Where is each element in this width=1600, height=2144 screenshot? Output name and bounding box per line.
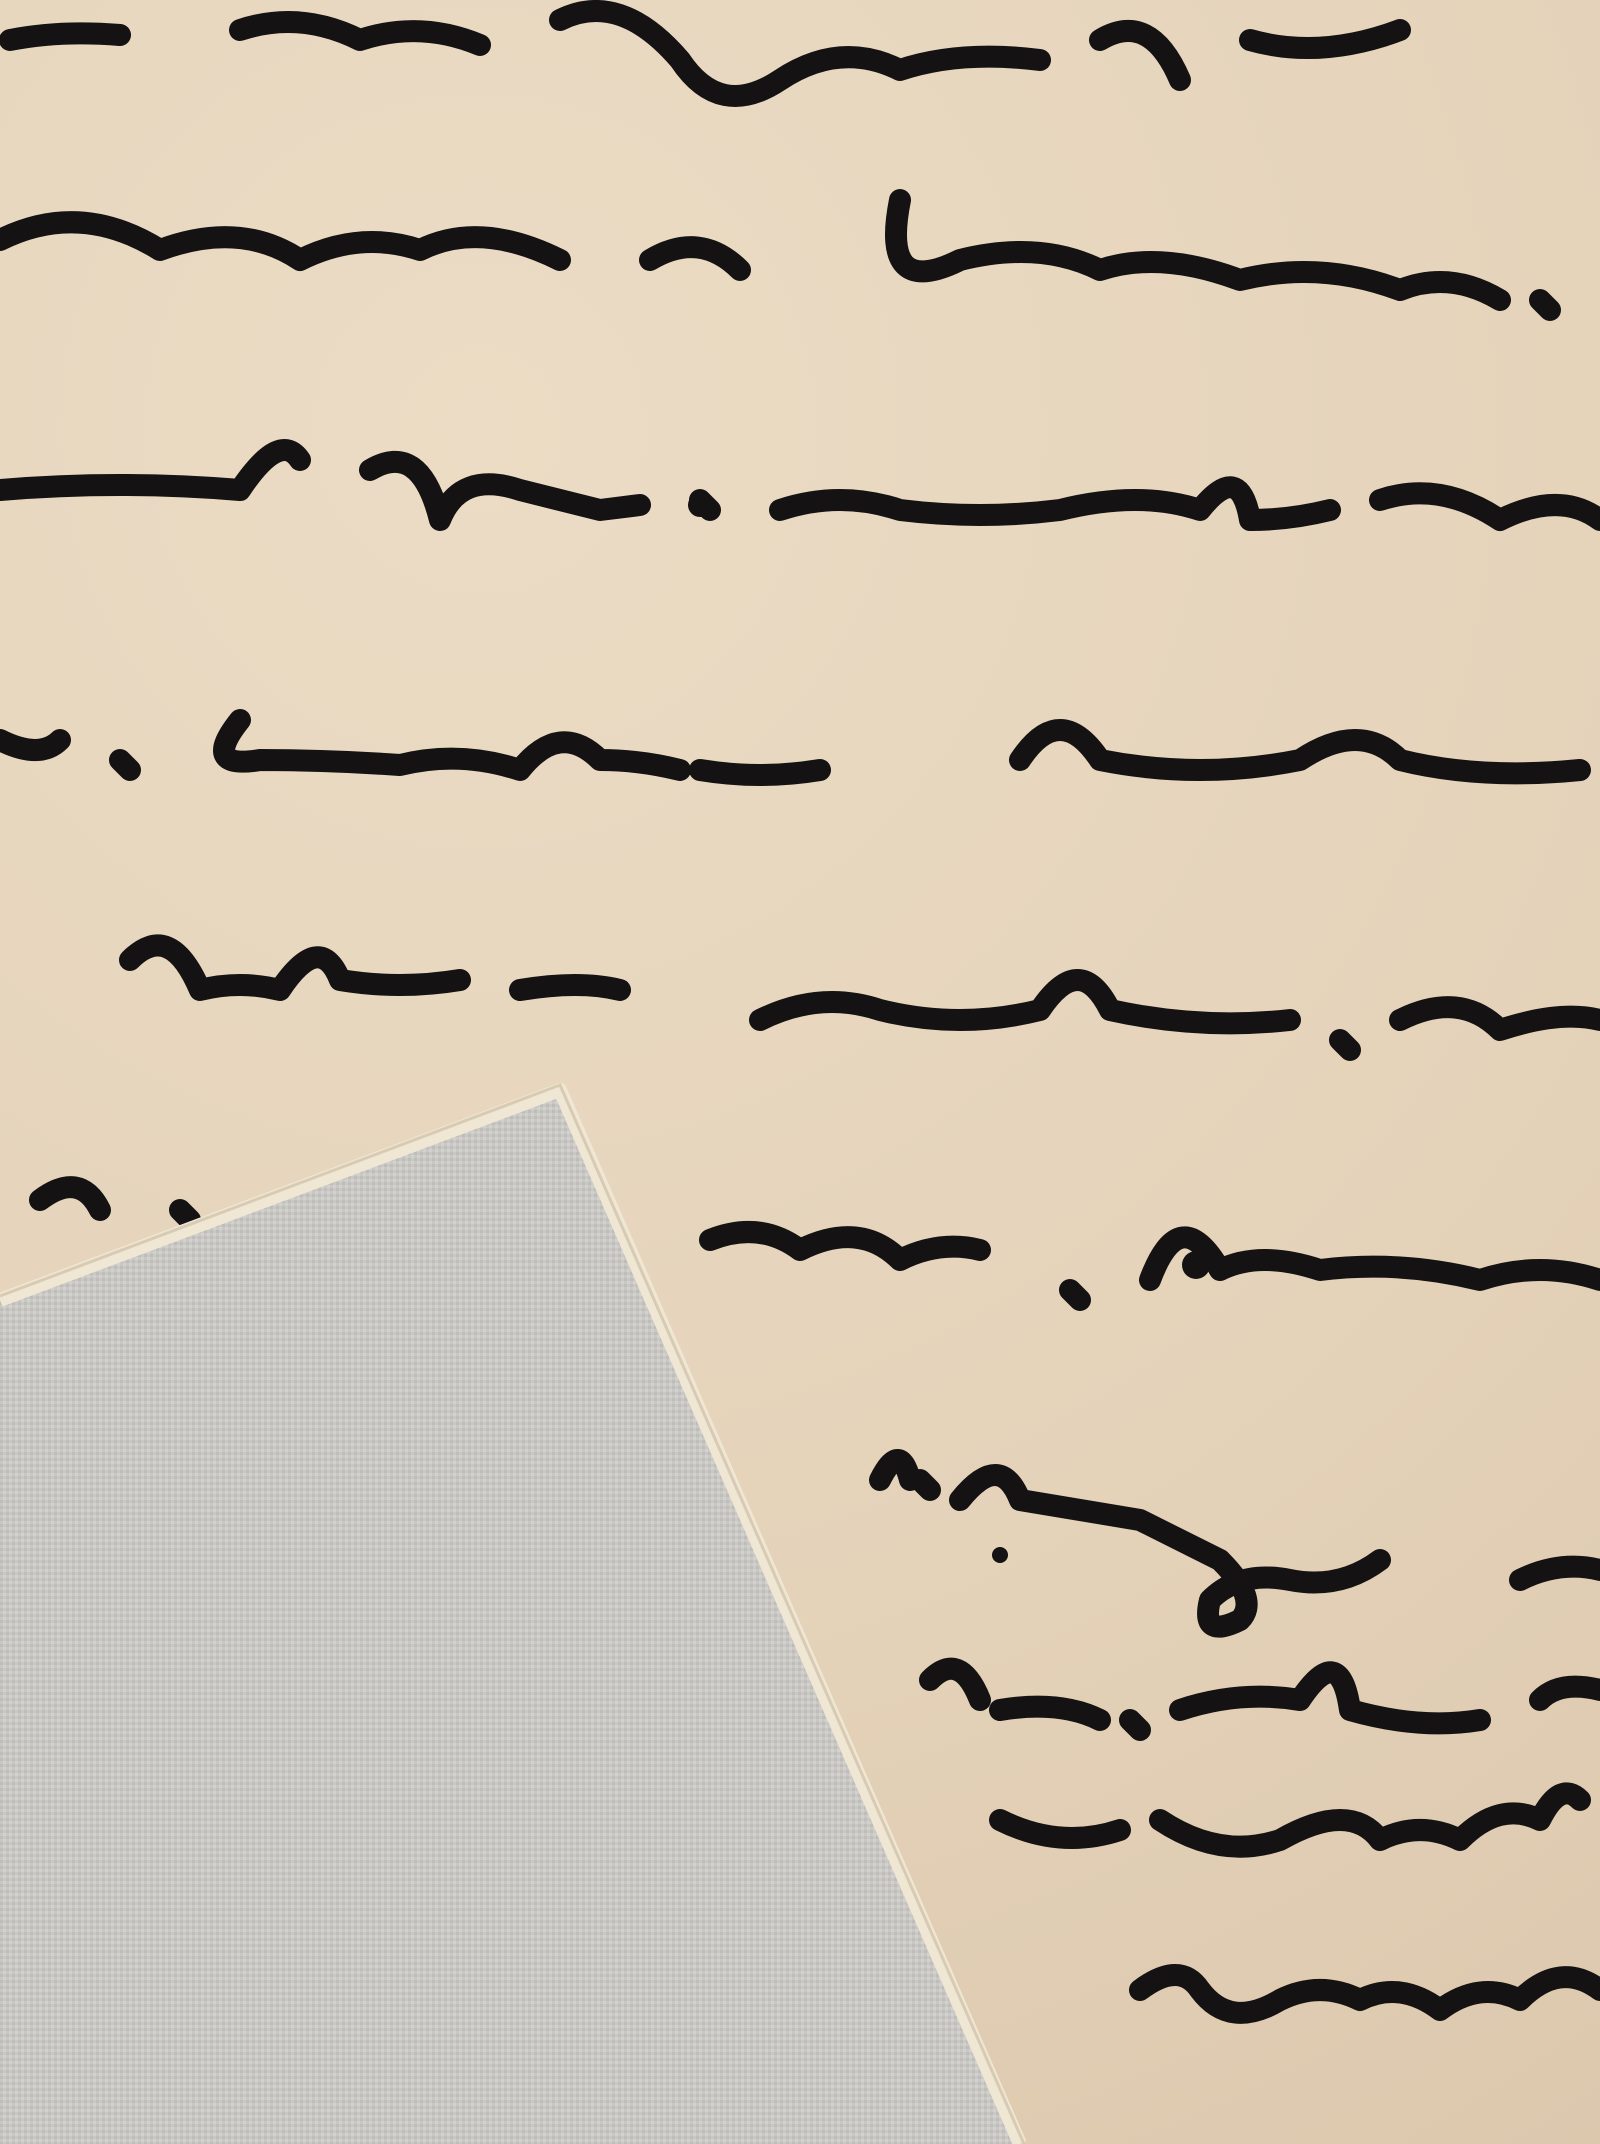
rug-backing-fold xyxy=(0,0,1600,2144)
